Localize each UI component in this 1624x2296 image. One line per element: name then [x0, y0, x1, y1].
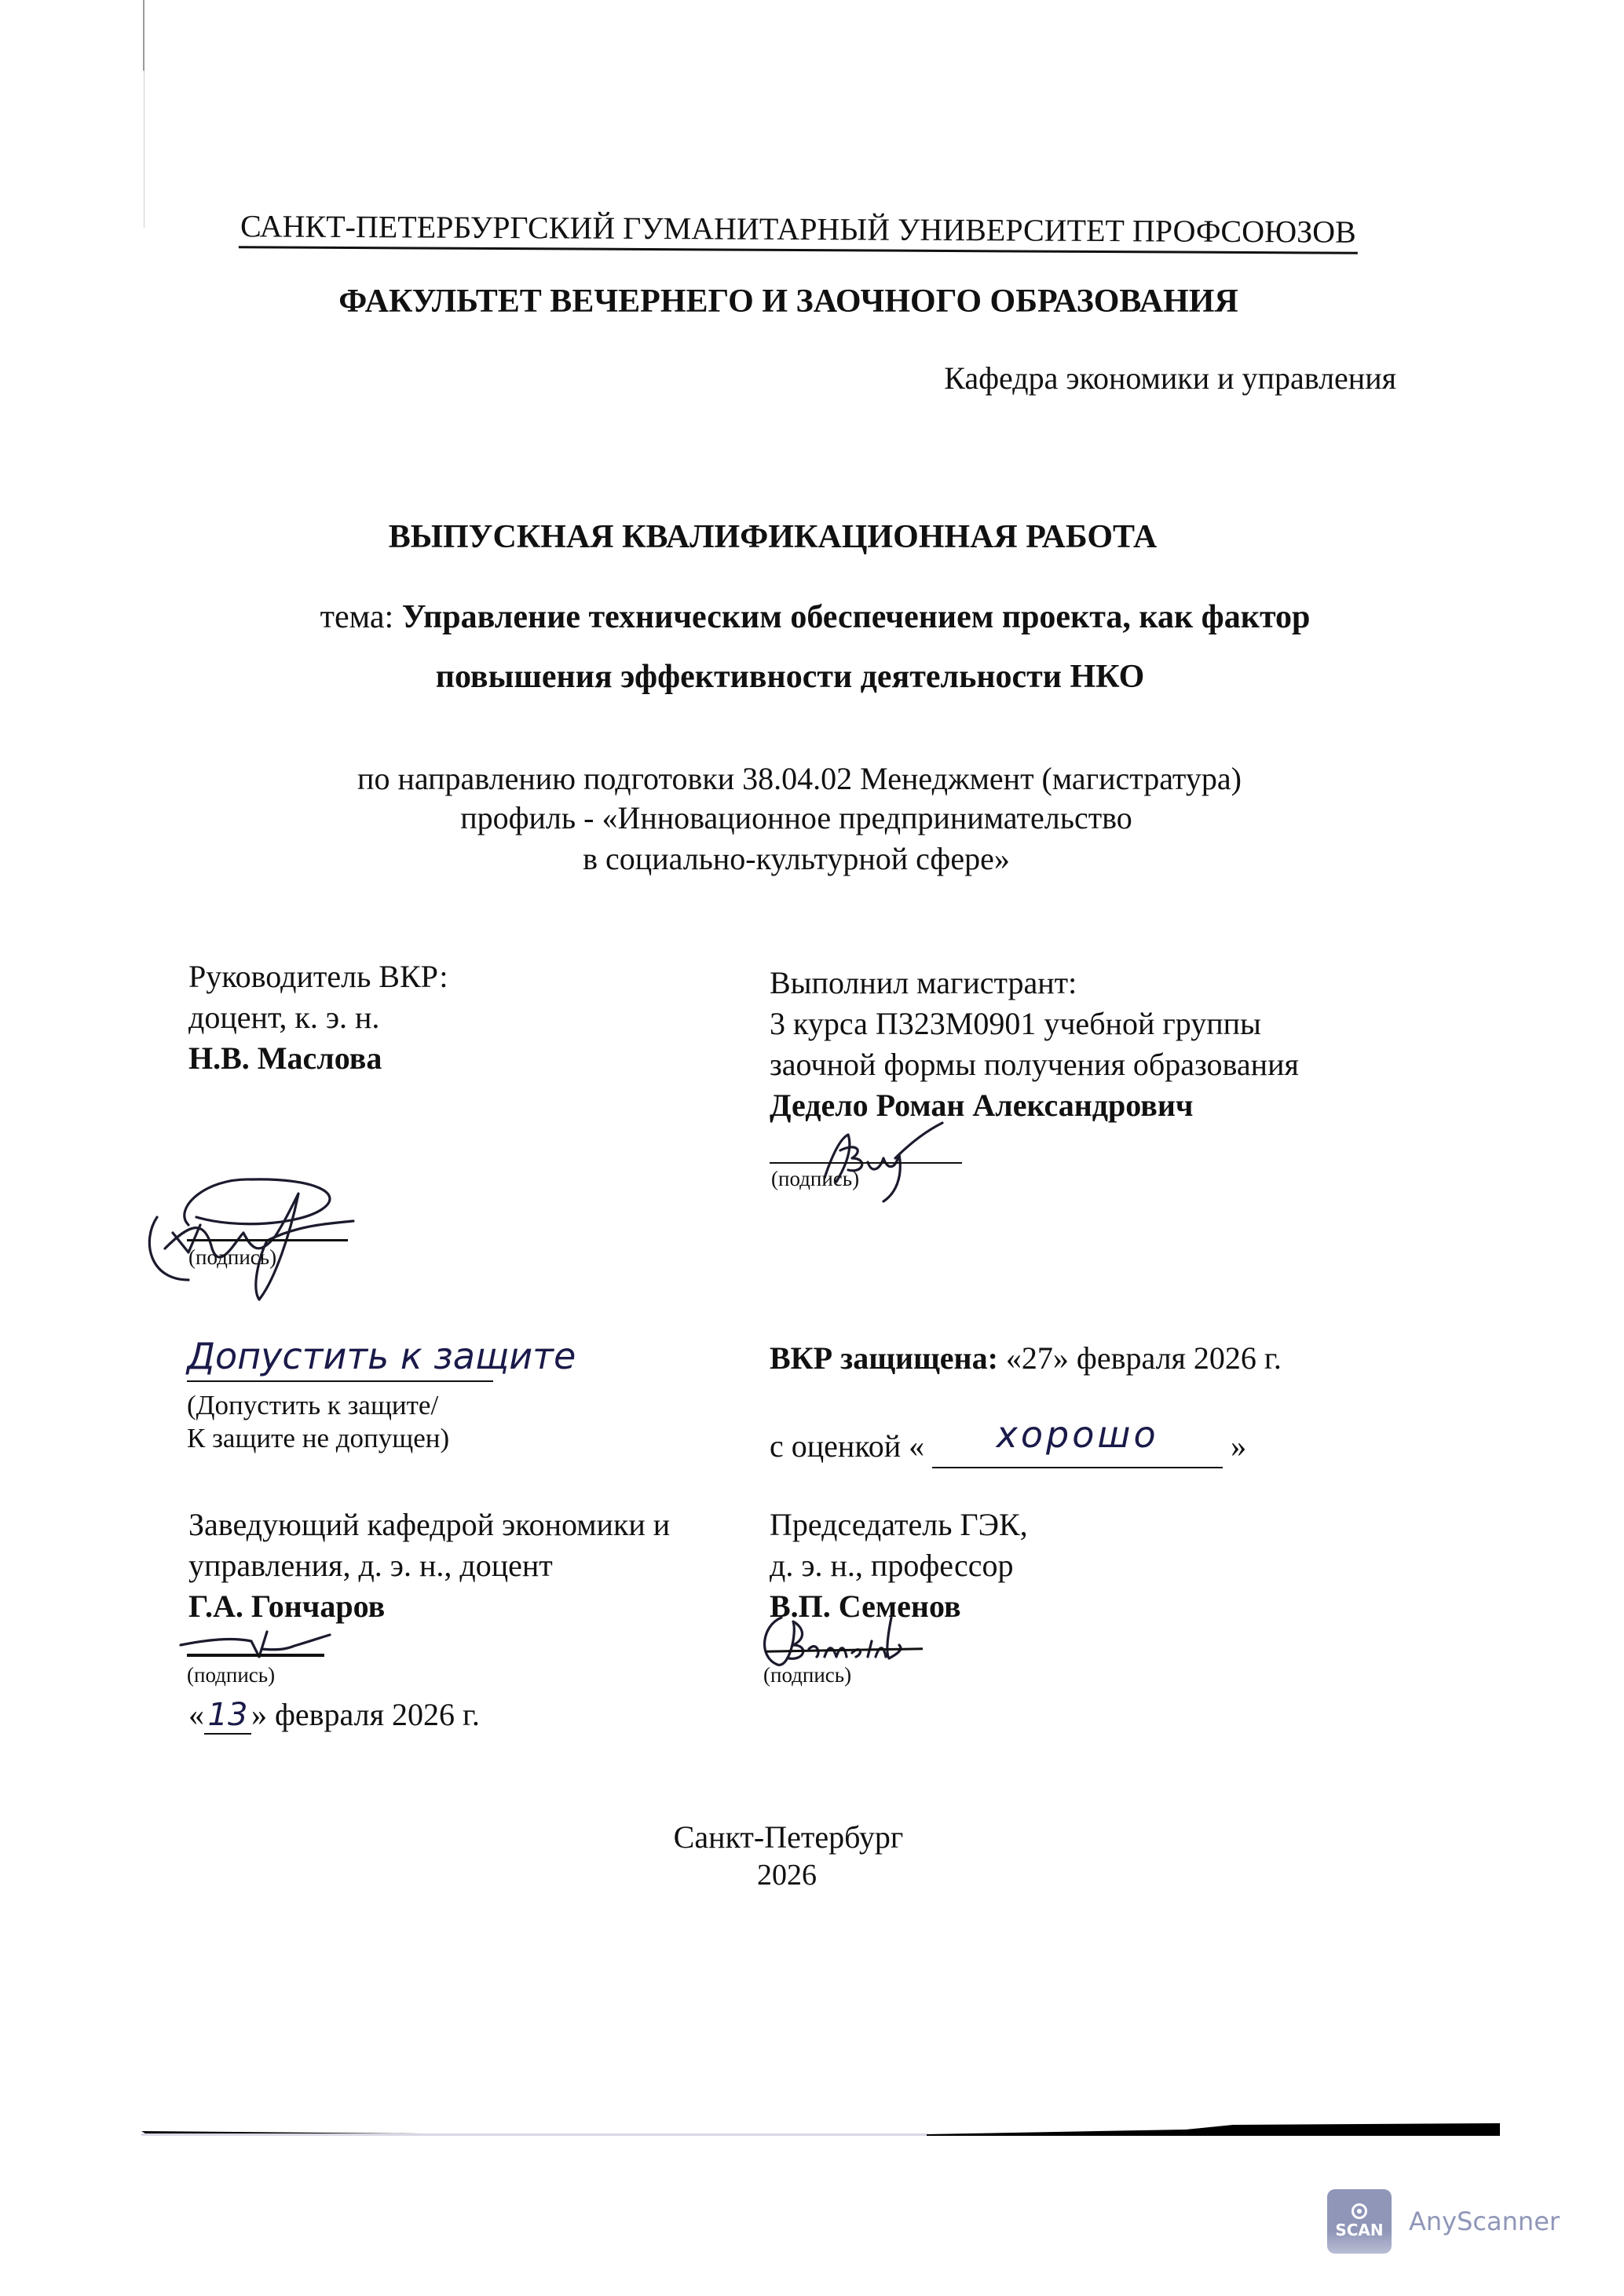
head-signature-caption: (подпись): [187, 1663, 275, 1687]
admission-decision-handwritten: Допустить к защите: [187, 1335, 576, 1377]
admission-hint-line-2: К защите не допущен): [187, 1423, 449, 1454]
admission-decision-line: [187, 1380, 493, 1382]
scan-edge-artifact: [143, 0, 144, 71]
footer-year: 2026: [0, 1858, 1599, 1892]
head-name: Г.А. Гончаров: [188, 1588, 385, 1625]
student-signature-line: [770, 1162, 962, 1164]
university-name-text: САНКТ-ПЕТЕРБУРГСКИЙ ГУМАНИТАРНЫЙ УНИВЕРС…: [238, 207, 1357, 254]
supervisor-name: Н.В. Маслова: [188, 1040, 382, 1077]
head-date-open: «: [188, 1697, 204, 1732]
camera-dot-icon: [1352, 2203, 1367, 2219]
defense-date-row: ВКР защищена: «27» февраля 2026 г.: [770, 1340, 1282, 1377]
supervisor-signature-caption: (подпись): [188, 1245, 276, 1270]
head-title-line-1: Заведующий кафедрой экономики и: [188, 1506, 670, 1543]
supervisor-label: Руководитель ВКР:: [188, 958, 448, 995]
defense-grade-row: с оценкой « хорошо »: [770, 1423, 1246, 1467]
grade-handwritten: хорошо: [997, 1413, 1159, 1456]
topic-text-1: Управление техническим обеспечением прое…: [402, 599, 1311, 635]
head-date-day-field: 13: [204, 1696, 251, 1735]
scanned-page: САНКТ-ПЕТЕРБУРГСКИЙ ГУМАНИТАРНЫЙ УНИВЕРС…: [0, 0, 1624, 2296]
scan-edge-artifact: [144, 71, 144, 228]
anyscanner-watermark: SCAN AnyScanner: [1327, 2189, 1560, 2254]
scanner-app-name: AnyScanner: [1409, 2206, 1560, 2236]
university-name: САНКТ-ПЕТЕРБУРГСКИЙ ГУМАНИТАРНЫЙ УНИВЕРС…: [0, 210, 1624, 251]
grade-suffix: »: [1231, 1428, 1246, 1464]
supervisor-signature-line: [187, 1239, 348, 1241]
supervisor-signature: [141, 1162, 377, 1303]
direction-line-1: по направлению подготовки 38.04.02 Менед…: [0, 760, 1611, 797]
head-date-day-handwritten: 13: [208, 1697, 248, 1733]
chair-signature-caption: (подпись): [763, 1663, 851, 1687]
student-group: 3 курса П323М0901 учебной группы: [770, 1005, 1261, 1042]
chair-degree: д. э. н., профессор: [770, 1547, 1014, 1584]
footer-city: Санкт-Петербург: [0, 1819, 1600, 1855]
scan-logo-icon: SCAN: [1327, 2189, 1392, 2254]
admission-hint-line-1: (Допустить к защите/: [187, 1390, 438, 1421]
student-signature-caption: (подпись): [771, 1167, 859, 1191]
faculty-name: ФАКУЛЬТЕТ ВЕЧЕРНЕГО И ЗАОЧНОГО ОБРАЗОВАН…: [0, 283, 1600, 320]
head-signature-line: [187, 1654, 324, 1657]
scan-logo-text: SCAN: [1335, 2221, 1383, 2239]
grade-field: хорошо: [932, 1424, 1223, 1468]
chair-label: Председатель ГЭК,: [770, 1506, 1028, 1543]
student-form: заочной формы получения образования: [770, 1046, 1299, 1083]
head-title-line-2: управления, д. э. н., доцент: [188, 1547, 553, 1584]
topic-prefix: тема:: [320, 599, 394, 635]
direction-line-3: в социально-культурной сфере»: [0, 840, 1608, 877]
defense-label: ВКР защищена:: [770, 1340, 998, 1376]
chair-signature: [754, 1602, 927, 1673]
grade-prefix: с оценкой «: [770, 1428, 924, 1464]
head-date-rest: » февраля 2026 г.: [251, 1697, 480, 1732]
topic-line-1: тема: Управление техническим обеспечение…: [3, 598, 1624, 636]
head-date-row: «13» февраля 2026 г.: [188, 1696, 480, 1735]
direction-line-2: профиль - «Инновационное предприниматель…: [0, 799, 1608, 836]
supervisor-degree: доцент, к. э. н.: [188, 999, 379, 1036]
scan-bottom-edge-artifact: [141, 2123, 1500, 2136]
topic-line-2: повышения эффективности деятельности НКО: [0, 658, 1602, 696]
student-label: Выполнил магистрант:: [770, 964, 1077, 1001]
work-type-title: ВЫПУСКНАЯ КВАЛИФИКАЦИОННАЯ РАБОТА: [0, 518, 1585, 556]
defense-date: «27» февраля 2026 г.: [1006, 1340, 1282, 1376]
department-name: Кафедра экономики и управления: [944, 360, 1396, 397]
